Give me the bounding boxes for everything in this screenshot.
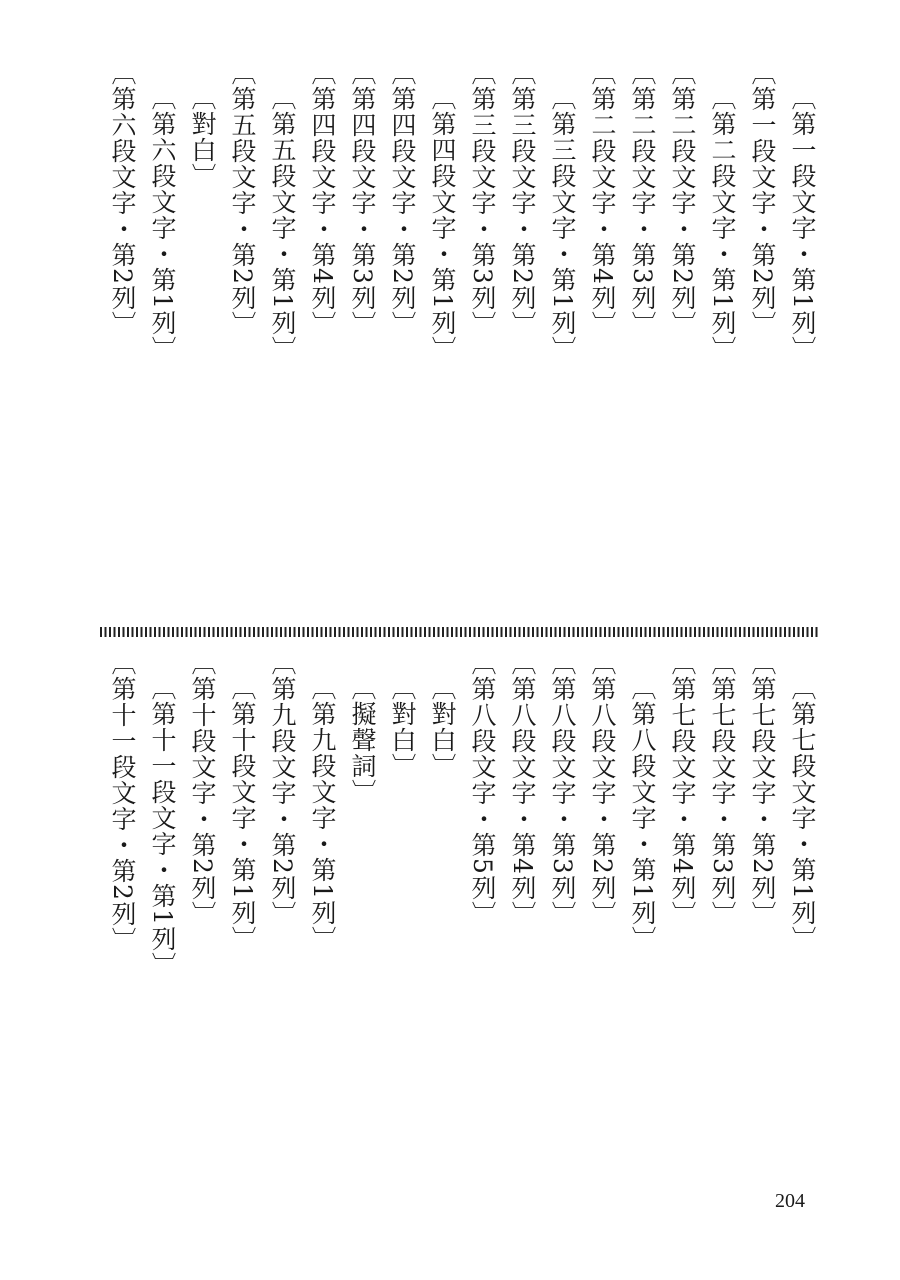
- text-column: 〔第七段文字・第1列〕: [792, 650, 820, 1170]
- text-column: 〔第一段文字・第2列〕: [752, 60, 780, 615]
- text-column: 〔第九段文字・第1列〕: [312, 650, 340, 1170]
- text-column: 〔第八段文字・第3列〕: [552, 650, 580, 1170]
- text-column: 〔第二段文字・第2列〕: [672, 60, 700, 615]
- top-text-block: 〔第一段文字・第1列〕〔第一段文字・第2列〕〔第二段文字・第1列〕〔第二段文字・…: [100, 60, 820, 615]
- text-column: 〔第十一段文字・第2列〕: [112, 650, 140, 1170]
- text-column: 〔第八段文字・第4列〕: [512, 650, 540, 1170]
- section-divider: [100, 627, 820, 637]
- text-column: 〔第三段文字・第3列〕: [472, 60, 500, 615]
- text-column: 〔第一段文字・第1列〕: [792, 60, 820, 615]
- text-column: 〔第二段文字・第1列〕: [712, 60, 740, 615]
- text-column: 〔第四段文字・第1列〕: [432, 60, 460, 615]
- bottom-text-block: 〔第七段文字・第1列〕〔第七段文字・第2列〕〔第七段文字・第3列〕〔第七段文字・…: [100, 650, 820, 1170]
- text-column: 〔第四段文字・第4列〕: [312, 60, 340, 615]
- text-column: 〔第十段文字・第2列〕: [192, 650, 220, 1170]
- text-column: 〔擬聲詞〕: [352, 650, 380, 1170]
- text-column: 〔第五段文字・第2列〕: [232, 60, 260, 615]
- text-column: 〔第九段文字・第2列〕: [272, 650, 300, 1170]
- text-column: 〔第八段文字・第5列〕: [472, 650, 500, 1170]
- page-number: 204: [775, 1190, 805, 1213]
- text-column: 〔第八段文字・第1列〕: [632, 650, 660, 1170]
- text-column: 〔第二段文字・第4列〕: [592, 60, 620, 615]
- text-column: 〔第七段文字・第3列〕: [712, 650, 740, 1170]
- text-column: 〔第五段文字・第1列〕: [272, 60, 300, 615]
- text-column: 〔第六段文字・第2列〕: [112, 60, 140, 615]
- text-column: 〔第三段文字・第2列〕: [512, 60, 540, 615]
- text-column: 〔第二段文字・第3列〕: [632, 60, 660, 615]
- text-column: 〔對白〕: [432, 650, 460, 1170]
- text-column: 〔第六段文字・第1列〕: [152, 60, 180, 615]
- text-column: 〔對白〕: [192, 60, 220, 615]
- text-column: 〔第八段文字・第2列〕: [592, 650, 620, 1170]
- text-column: 〔第十段文字・第1列〕: [232, 650, 260, 1170]
- text-column: 〔第三段文字・第1列〕: [552, 60, 580, 615]
- text-column: 〔第七段文字・第4列〕: [672, 650, 700, 1170]
- text-column: 〔第七段文字・第2列〕: [752, 650, 780, 1170]
- text-column: 〔對白〕: [392, 650, 420, 1170]
- text-column: 〔第四段文字・第3列〕: [352, 60, 380, 615]
- text-column: 〔第十一段文字・第1列〕: [152, 650, 180, 1170]
- text-column: 〔第四段文字・第2列〕: [392, 60, 420, 615]
